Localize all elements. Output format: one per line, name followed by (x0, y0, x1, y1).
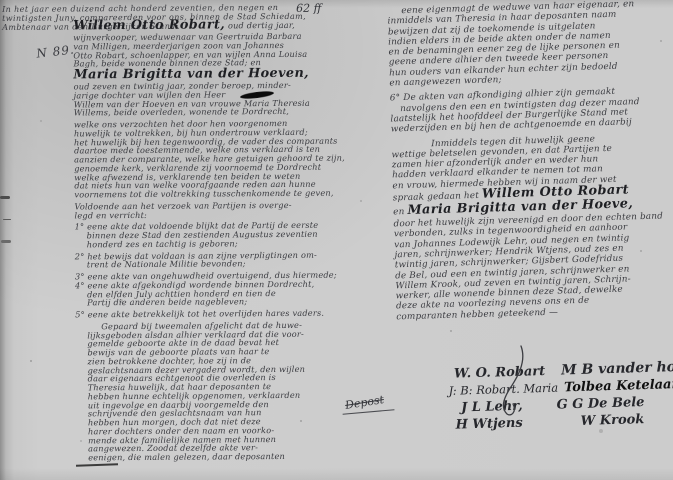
handwriting-line: Willems, beide overleden, wonende te Dor… (74, 107, 334, 118)
handwriting-line: eenigen, die malen gelezen, daar deposan… (88, 452, 336, 462)
margin-annotation: Depost (344, 393, 385, 412)
handwriting-line: Partij die anderen beide nagebleven; (87, 297, 335, 307)
left-page-text: Willem Otto Robart, oud dertig jaar,wijn… (73, 18, 336, 463)
act-number-margin-note: N 89. (36, 42, 76, 60)
folio-number: 62 ff (296, 2, 321, 15)
signature: H Wtjens (455, 416, 523, 433)
strikethrough-mark (76, 463, 118, 466)
handwriting-line: voornemens tot die voltrekking tusschenk… (74, 189, 334, 200)
handwriting-line: honderd zes en tachtig is geboren; (87, 238, 335, 248)
handwriting-line: trent de Nationale Militie bevonden; (87, 259, 335, 269)
document-scan: In het jaar een duizend acht honderd zev… (0, 0, 673, 480)
signatures: W. O. RobartM B vander hoevenJ: B: Robar… (408, 357, 673, 432)
handwriting-line: legd en verricht: (74, 209, 334, 220)
right-page: eene eigenmagt de weduwe van haar eigena… (337, 0, 673, 480)
handwriting-line: 5° eene akte betrekkelijk tot het overli… (75, 309, 335, 320)
signature: W Krook (580, 412, 644, 429)
pen-flourish (487, 344, 531, 418)
left-page: In het jaar een duizend acht honderd zev… (0, 0, 337, 480)
